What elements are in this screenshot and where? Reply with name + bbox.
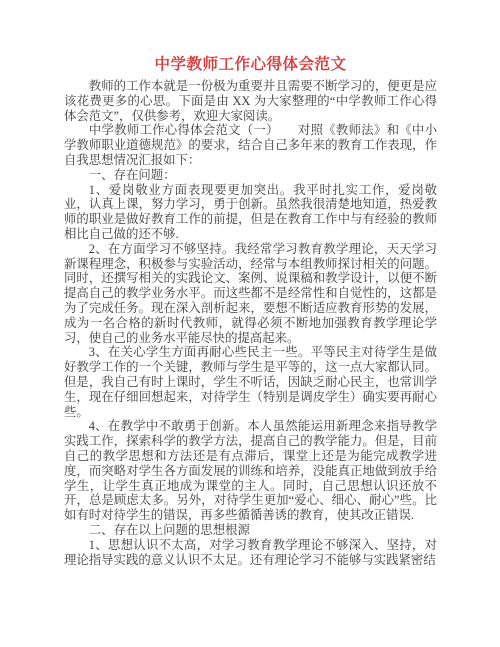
paragraph: 教师的工作本就是一份极为重要并且需要不断学习的，便更是应该花费更多的心思。下面是… bbox=[64, 79, 437, 123]
paragraph: 1、思想认识不太高，对学习教育教学理论不够深入、坚持，对理论指导实践的意义认识不… bbox=[64, 538, 437, 568]
paragraph: 中学教师工作心得体会范文（一） 对照《教师法》和《中小学教师职业道德规范》的要求… bbox=[64, 123, 437, 167]
paragraph: 4、在教学中不敢勇于创新。本人虽然能运用新理念来指导教学实践工作，探索科学的教学… bbox=[64, 419, 437, 523]
paragraph: 2、在方面学习不够坚持。我经常学习教育教学理论，天天学习新课程理念，积极参与实验… bbox=[64, 242, 437, 346]
document-page: 中学教师工作心得体会范文 教师的工作本就是一份极为重要并且需要不断学习的，便更是… bbox=[0, 0, 500, 647]
document-body: 教师的工作本就是一份极为重要并且需要不断学习的，便更是应该花费更多的心思。下面是… bbox=[0, 79, 500, 567]
paragraph: 3、在关心学生方面再耐心些民主一些。平等民主对待学生是做好教学工作的一个关键，教… bbox=[64, 345, 437, 419]
paragraph: 二、存在以上问题的思想根源 bbox=[64, 523, 437, 538]
paragraph: 1、爱岗敬业方面表现要更加突出。我平时扎实工作，爱岗敬业，认真上课，努力学习，勇… bbox=[64, 183, 437, 242]
paragraph: 一、存在问题： bbox=[64, 168, 437, 183]
document-title: 中学教师工作心得体会范文 bbox=[64, 56, 437, 73]
